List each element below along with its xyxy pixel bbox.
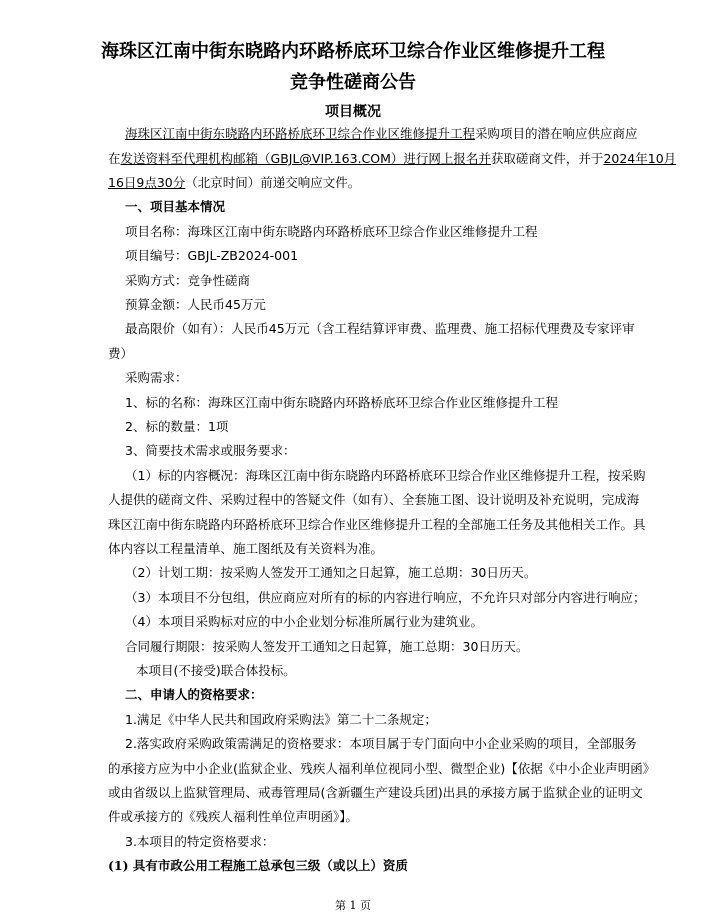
section2-heading: 二、申请人的资格要求： — [125, 687, 645, 703]
requirement-sub1-line1: （1）标的内容概况：海珠区江南中街东晓路内环路桥底环卫综合作业区维修提升工程，按… — [125, 468, 645, 484]
deadline-time: 16日9点30分 — [108, 175, 185, 190]
qualification-3-sub1: (1) 具有市政公用工程施工总承包三级（或以上）资质 — [108, 858, 628, 874]
document-title-line2: 竞争性磋商公告 — [0, 68, 706, 94]
intro-line-2: 在发送资料至代理机构邮箱（GBJL@VIP.163.COM）进行网上报名并获取磋… — [108, 151, 628, 167]
requirements-heading: 采购需求： — [125, 370, 645, 386]
deadline-date: 2024年10月 — [603, 151, 676, 166]
requirement-sub3: （3）本项目不分包组，供应商应对所有的标的内容进行响应，不允许只对部分内容进行响… — [125, 590, 645, 606]
qualification-2-line2: 的承接方应为中小企业(监狱企业、残疾人福利单位视同小型、微型企业)【依据《中小企… — [108, 761, 628, 777]
requirement-sub1-line2: 人提供的磋商文件、采购过程中的答疑文件（如有）、全套施工图、设计说明及补充说明，… — [108, 492, 628, 508]
project-name-link: 海珠区江南中街东晓路内环路桥底环卫综合作业区维修提升工程 — [125, 126, 475, 141]
intro-text: 采购项目的潜在响应供应商应 — [475, 126, 638, 141]
intro-line-3: 16日9点30分（北京时间）前递交响应文件。 — [108, 175, 628, 191]
intro-text: （北京时间）前递交响应文件。 — [185, 175, 360, 190]
requirement-item-1: 1、标的名称：海珠区江南中街东晓路内环路桥底环卫综合作业区维修提升工程 — [125, 395, 645, 411]
document-page: 海珠区江南中街东晓路内环路桥底环卫综合作业区维修提升工程 竞争性磋商公告 项目概… — [0, 0, 706, 919]
section-overview-heading: 项目概况 — [0, 101, 706, 121]
requirement-item-2: 2、标的数量：1项 — [125, 419, 645, 435]
project-name: 项目名称：海珠区江南中街东晓路内环路桥底环卫综合作业区维修提升工程 — [125, 224, 645, 240]
contract-term: 合同履行期限：按采购人签发开工通知之日起算，施工总期：30日历天。 — [125, 639, 645, 655]
registration-email-text: 发送资料至代理机构邮箱（GBJL@VIP.163.COM）进行网上报名并 — [121, 151, 491, 166]
budget-amount: 预算金额：人民币45万元 — [125, 297, 645, 313]
qualification-2-line4: 件或承接方的《残疾人福利性单位声明函》】。 — [108, 809, 628, 825]
max-price-line2: 费） — [108, 346, 628, 362]
intro-line-1: 海珠区江南中街东晓路内环路桥底环卫综合作业区维修提升工程采购项目的潜在响应供应商… — [125, 126, 645, 142]
qualification-2-line1: 2.落实政府采购政策需满足的资格要求：本项目属于专门面向中小企业采购的项目，全部… — [125, 736, 645, 752]
intro-text: 在 — [108, 151, 121, 166]
requirement-sub1-line4: 体内容以工程量清单、施工图纸及有关资料为准。 — [108, 541, 628, 557]
qualification-2-line3: 或由省级以上监狱管理局、戒毒管理局(含新疆生产建设兵团)出具的承接方属于监狱企业… — [108, 785, 628, 801]
qualification-3: 3.本项目的特定资格要求： — [125, 834, 645, 850]
section1-heading: 一、项目基本情况 — [125, 199, 645, 215]
intro-text: 获取磋商文件，并于 — [491, 151, 604, 166]
requirement-item-3: 3、简要技术需求或服务要求： — [125, 443, 645, 459]
document-title-line1: 海珠区江南中街东晓路内环路桥底环卫综合作业区维修提升工程 — [0, 37, 706, 63]
page-number: 第 1 页 — [0, 897, 706, 913]
project-number: 项目编号：GBJL-ZB2024-001 — [125, 248, 645, 264]
qualification-1: 1.满足《中华人民共和国政府采购法》第二十二条规定； — [125, 712, 645, 728]
requirement-sub4: （4）本项目采购标对应的中小企业划分标准所属行业为建筑业。 — [125, 614, 645, 630]
procurement-method: 采购方式：竞争性磋商 — [125, 273, 645, 289]
consortium-note: 本项目(不接受)联合体投标。 — [136, 663, 656, 679]
requirement-sub2: （2）计划工期：按采购人签发开工通知之日起算，施工总期：30日历天。 — [125, 565, 645, 581]
requirement-sub1-line3: 珠区江南中街东晓路内环路桥底环卫综合作业区维修提升工程的全部施工任务及其他相关工… — [108, 517, 628, 533]
max-price-line1: 最高限价（如有）：人民币45万元（含工程结算评审费、监理费、施工招标代理费及专家… — [125, 321, 645, 337]
